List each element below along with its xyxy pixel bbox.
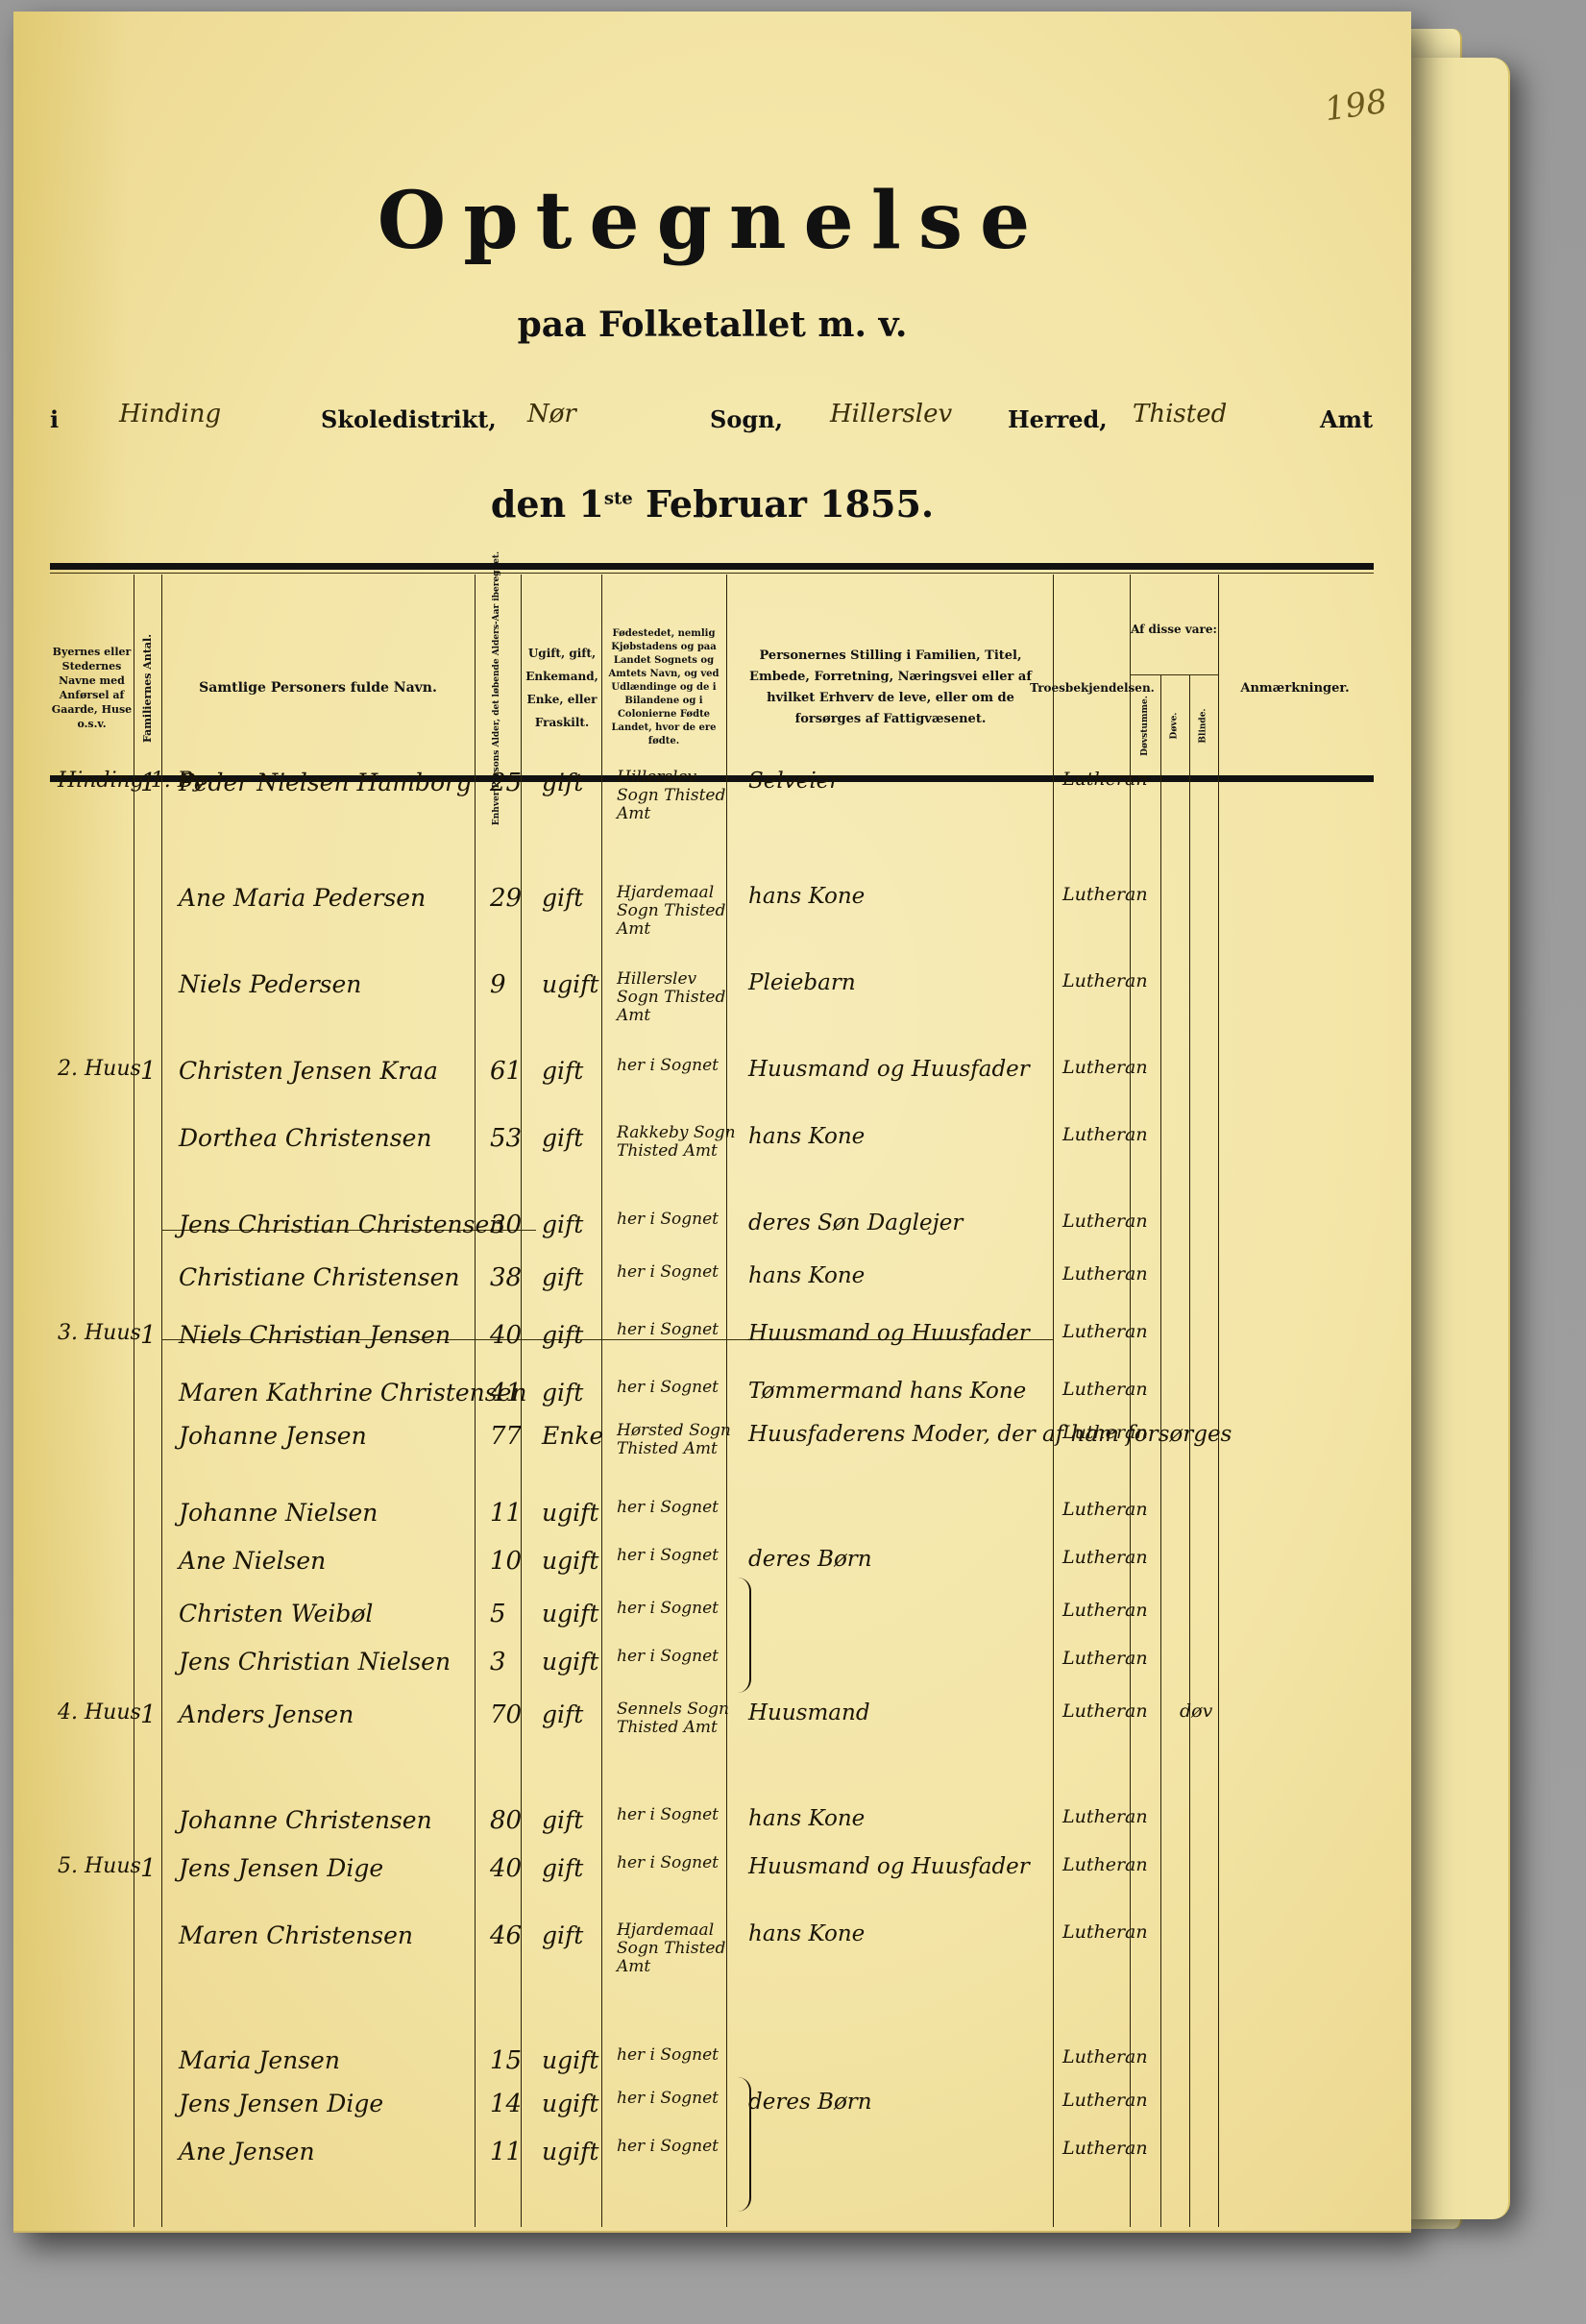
header-remarks: Anmærkninger.: [1218, 586, 1372, 790]
table-row: Hinding 1. By1Peder Nielsen Hamborg25gif…: [13, 769, 1411, 807]
folio-number: 198: [1323, 83, 1390, 130]
person-age: 11: [490, 2138, 522, 2166]
header-religion: Troesbekjendelsen.: [1059, 586, 1126, 790]
person-age: 77: [490, 1422, 522, 1451]
table-row: Johanne Christensen80gifther i Sognethan…: [13, 1806, 1411, 1845]
district-label: Herred,: [1008, 405, 1108, 433]
census-date: den 1ste Februar 1855.: [13, 482, 1411, 526]
census-page: 198 Optegnelse paa Folketallet m. v. i H…: [13, 12, 1411, 2233]
religion: Lutheran: [1062, 1700, 1148, 1722]
birthplace: her i Sognet: [617, 1057, 737, 1075]
occupation: hans Kone: [748, 1921, 865, 1946]
county-value: Thisted: [1133, 400, 1227, 428]
birthplace: her i Sognet: [617, 1547, 737, 1565]
person-name: Jens Jensen Dige: [179, 1854, 383, 1882]
table-row: 4. Huus1Anders Jensen70giftSennels Sogn …: [13, 1700, 1411, 1739]
person-name: Anders Jensen: [179, 1700, 354, 1728]
person-age: 10: [490, 1547, 522, 1576]
birthplace: her i Sognet: [617, 1600, 737, 1618]
table-row: Dorthea Christensen53giftRakkeby Sogn Th…: [13, 1124, 1411, 1162]
birthplace: Hillerslev Sogn Thisted Amt: [617, 970, 737, 1025]
table-row: Christiane Christensen38gifther i Sognet…: [13, 1263, 1411, 1302]
civil-status: ugift: [542, 1648, 598, 1676]
defect-note: døv: [1180, 1700, 1212, 1722]
date-prefix: den 1: [491, 482, 604, 526]
family-count: 1: [140, 769, 157, 797]
person-name: Dorthea Christensen: [179, 1124, 432, 1152]
occupation: deres Børn: [748, 2090, 872, 2115]
occupation: Tømmermand hans Kone: [748, 1379, 1026, 1404]
occupation: deres Søn Daglejer: [748, 1211, 963, 1235]
table-row: 3. Huus1Niels Christian Jensen40gifther …: [13, 1321, 1411, 1359]
occupation: deres Børn: [748, 1547, 872, 1572]
person-name: Ane Maria Pedersen: [179, 884, 426, 912]
civil-status: ugift: [542, 1547, 598, 1575]
birthplace: Hillerslev Sogn Thisted Amt: [617, 769, 737, 823]
header-age: Enhver Persons Alder, det løbende Alders…: [475, 586, 521, 790]
civil-status: gift: [542, 1379, 583, 1407]
person-age: 3: [490, 1648, 506, 1676]
header-families: Familiernes Antal.: [134, 586, 161, 790]
religion: Lutheran: [1062, 1499, 1148, 1520]
table-row: Niels Pedersen9ugiftHillerslev Sogn This…: [13, 970, 1411, 1009]
school-district-value: Hinding: [119, 400, 221, 428]
birthplace: her i Sognet: [617, 2046, 737, 2065]
birthplace: her i Sognet: [617, 1806, 737, 1824]
civil-status: gift: [542, 1700, 583, 1728]
birthplace: her i Sognet: [617, 1854, 737, 1872]
civil-status: gift: [542, 1921, 583, 1949]
table-row: 5. Huus1Jens Jensen Dige40gifther i Sogn…: [13, 1854, 1411, 1893]
occupation: hans Kone: [748, 1806, 865, 1831]
table-row: Maren Kathrine Christensen41gifther i So…: [13, 1379, 1411, 1417]
table-row: Johanne Nielsen11ugifther i SognetLuther…: [13, 1499, 1411, 1537]
header-defects-group: Af disse vare:: [1130, 586, 1218, 673]
religion: Lutheran: [1062, 1648, 1148, 1669]
person-name: Jens Jensen Dige: [179, 2090, 383, 2117]
religion: Lutheran: [1062, 2090, 1148, 2111]
person-name: Christiane Christensen: [179, 1263, 459, 1291]
occupation: Huusmand og Huusfader: [748, 1057, 1030, 1082]
table-row: Jens Christian Christensen30gifther i So…: [13, 1211, 1411, 1249]
civil-status: gift: [542, 1806, 583, 1834]
date-superscript: ste: [604, 488, 633, 508]
person-age: 40: [490, 1854, 522, 1883]
birthplace: her i Sognet: [617, 1379, 737, 1397]
person-age: 14: [490, 2090, 522, 2118]
person-age: 9: [490, 970, 506, 999]
occupation: hans Kone: [748, 1124, 865, 1149]
religion: Lutheran: [1062, 1547, 1148, 1568]
household-label: 3. Huus: [58, 1321, 141, 1345]
school-district-label: Skoledistrikt,: [321, 405, 497, 433]
religion: Lutheran: [1062, 769, 1148, 790]
religion: Lutheran: [1062, 1806, 1148, 1827]
page-stack-edge-outer: [1403, 58, 1510, 2219]
person-name: Maren Kathrine Christensen: [179, 1379, 527, 1407]
header-top-thin-rule: [50, 573, 1374, 574]
header-occupation: Personernes Stilling i Familien, Titel, …: [734, 586, 1047, 790]
occupation: Huusmand og Huusfader: [748, 1321, 1030, 1346]
religion: Lutheran: [1062, 1321, 1148, 1342]
birthplace: Hjardemaal Sogn Thisted Amt: [617, 884, 737, 939]
parish-value: Nør: [527, 400, 576, 428]
person-name: Jens Christian Christensen: [179, 1211, 504, 1238]
person-age: 29: [490, 884, 522, 913]
person-name: Johanne Jensen: [179, 1422, 367, 1450]
person-age: 38: [490, 1263, 522, 1292]
birthplace: her i Sognet: [617, 2138, 737, 2156]
page-subtitle: paa Folketallet m. v.: [13, 305, 1411, 345]
civil-status: ugift: [542, 2138, 598, 2165]
occupation: hans Kone: [748, 1263, 865, 1288]
religion: Lutheran: [1062, 884, 1148, 905]
occupation: Selveier: [748, 769, 840, 794]
table-row: 2. Huus1Christen Jensen Kraa61gifther i …: [13, 1057, 1411, 1095]
civil-status: gift: [542, 884, 583, 912]
civil-status: ugift: [542, 970, 598, 998]
religion: Lutheran: [1062, 2138, 1148, 2159]
header-birthplace: Fødestedet, nemlig Kjøbstadens og paa La…: [603, 586, 724, 790]
person-name: Johanne Nielsen: [179, 1499, 378, 1527]
birthplace: her i Sognet: [617, 1499, 737, 1517]
religion: Lutheran: [1062, 1921, 1148, 1943]
person-name: Johanne Christensen: [179, 1806, 432, 1834]
birthplace: her i Sognet: [617, 1263, 737, 1282]
table-row: Christen Weibøl5ugifther i SognetLuthera…: [13, 1600, 1411, 1638]
person-name: Ane Nielsen: [179, 1547, 326, 1575]
person-name: Christen Jensen Kraa: [179, 1057, 438, 1085]
occupation: Huusfaderens Moder, der af ham forsørges: [748, 1422, 1232, 1447]
household-label: 2. Huus: [58, 1057, 141, 1081]
birthplace: her i Sognet: [617, 2090, 737, 2108]
person-age: 80: [490, 1806, 522, 1835]
person-age: 53: [490, 1124, 522, 1153]
religion: Lutheran: [1062, 1124, 1148, 1145]
person-name: Christen Weibøl: [179, 1600, 373, 1627]
occupation: Pleiebarn: [748, 970, 856, 995]
religion: Lutheran: [1062, 970, 1148, 991]
person-age: 46: [490, 1921, 522, 1950]
person-age: 30: [490, 1211, 522, 1239]
person-name: Maria Jensen: [179, 2046, 340, 2074]
person-age: 40: [490, 1321, 522, 1350]
birthplace: Hørsted Sogn Thisted Amt: [617, 1422, 737, 1458]
location-prefix: i: [50, 405, 59, 433]
header-deafmute: Døvstumme.: [1130, 676, 1160, 774]
civil-status: gift: [542, 1124, 583, 1152]
religion: Lutheran: [1062, 1422, 1148, 1443]
religion: Lutheran: [1062, 2046, 1148, 2067]
district-value: Hillerslev: [830, 400, 952, 428]
table-row: Maria Jensen15ugifther i SognetLutheran: [13, 2046, 1411, 2085]
defects-group-rule: [1130, 674, 1218, 675]
occupation: hans Kone: [748, 884, 865, 909]
header-deaf: Døve.: [1160, 676, 1189, 774]
birthplace: Rakkeby Sogn Thisted Amt: [617, 1124, 737, 1161]
person-name: Niels Pedersen: [179, 970, 361, 998]
parish-label: Sogn,: [710, 405, 783, 433]
person-age: 25: [490, 769, 522, 797]
date-suffix: Februar 1855.: [646, 482, 934, 526]
household-label: 4. Huus: [58, 1700, 141, 1725]
family-count: 1: [140, 1854, 157, 1883]
occupation: Huusmand og Huusfader: [748, 1854, 1030, 1879]
family-count: 1: [140, 1700, 157, 1729]
religion: Lutheran: [1062, 1211, 1148, 1232]
header-top-rule: [50, 563, 1374, 570]
table-row: Maren Christensen46giftHjardemaal Sogn T…: [13, 1921, 1411, 1960]
person-name: Peder Nielsen Hamborg: [179, 769, 472, 796]
header-civil: Ugift, gift, Enkemand, Enke, eller Frask…: [525, 586, 599, 790]
birthplace: Hjardemaal Sogn Thisted Amt: [617, 1921, 737, 1976]
county-label: Amt: [1320, 405, 1373, 433]
person-age: 5: [490, 1600, 506, 1628]
religion: Lutheran: [1062, 1263, 1148, 1284]
religion: Lutheran: [1062, 1379, 1148, 1400]
person-age: 11: [490, 1499, 522, 1528]
table-row: Ane Maria Pedersen29giftHjardemaal Sogn …: [13, 884, 1411, 922]
civil-status: ugift: [542, 1600, 598, 1627]
civil-status: gift: [542, 1321, 583, 1349]
religion: Lutheran: [1062, 1854, 1148, 1875]
person-age: 41: [490, 1379, 522, 1407]
person-name: Niels Christian Jensen: [179, 1321, 451, 1349]
family-count: 1: [140, 1321, 157, 1350]
table-row: Ane Nielsen10ugifther i Sognetderes Børn…: [13, 1547, 1411, 1585]
civil-status: Enke: [542, 1422, 603, 1450]
table-row: Jens Jensen Dige14ugifther i Sognetderes…: [13, 2090, 1411, 2128]
birthplace: Sennels Sogn Thisted Amt: [617, 1700, 737, 1737]
header-place: Byernes eller Stedernes Navne med Anførs…: [50, 586, 134, 790]
person-age: 15: [490, 2046, 522, 2075]
civil-status: ugift: [542, 2090, 598, 2117]
birthplace: her i Sognet: [617, 1648, 737, 1666]
civil-status: gift: [542, 769, 583, 796]
person-name: Jens Christian Nielsen: [179, 1648, 451, 1676]
person-age: 70: [490, 1700, 522, 1729]
occupation: Huusmand: [748, 1700, 870, 1725]
page-title: Optegnelse: [13, 175, 1411, 267]
header-blind: Blinde.: [1189, 676, 1218, 774]
household-label: 5. Huus: [58, 1854, 141, 1878]
civil-status: gift: [542, 1057, 583, 1085]
birthplace: her i Sognet: [617, 1211, 737, 1229]
person-name: Maren Christensen: [179, 1921, 413, 1949]
person-name: Ane Jensen: [179, 2138, 315, 2165]
civil-status: gift: [542, 1263, 583, 1291]
civil-status: ugift: [542, 2046, 598, 2074]
religion: Lutheran: [1062, 1600, 1148, 1621]
family-count: 1: [140, 1057, 157, 1086]
birthplace: her i Sognet: [617, 1321, 737, 1339]
table-row: Ane Jensen11ugifther i SognetLutheran: [13, 2138, 1411, 2176]
person-age: 61: [490, 1057, 522, 1086]
civil-status: ugift: [542, 1499, 598, 1527]
religion: Lutheran: [1062, 1057, 1148, 1078]
table-row: Jens Christian Nielsen3ugifther i Sognet…: [13, 1648, 1411, 1686]
civil-status: gift: [542, 1211, 583, 1238]
civil-status: gift: [542, 1854, 583, 1882]
table-row: Johanne Jensen77EnkeHørsted Sogn Thisted…: [13, 1422, 1411, 1460]
header-name: Samtlige Personers fulde Navn.: [161, 586, 475, 790]
location-line: i Hinding Skoledistrikt, Nør Sogn, Hille…: [42, 396, 1382, 444]
